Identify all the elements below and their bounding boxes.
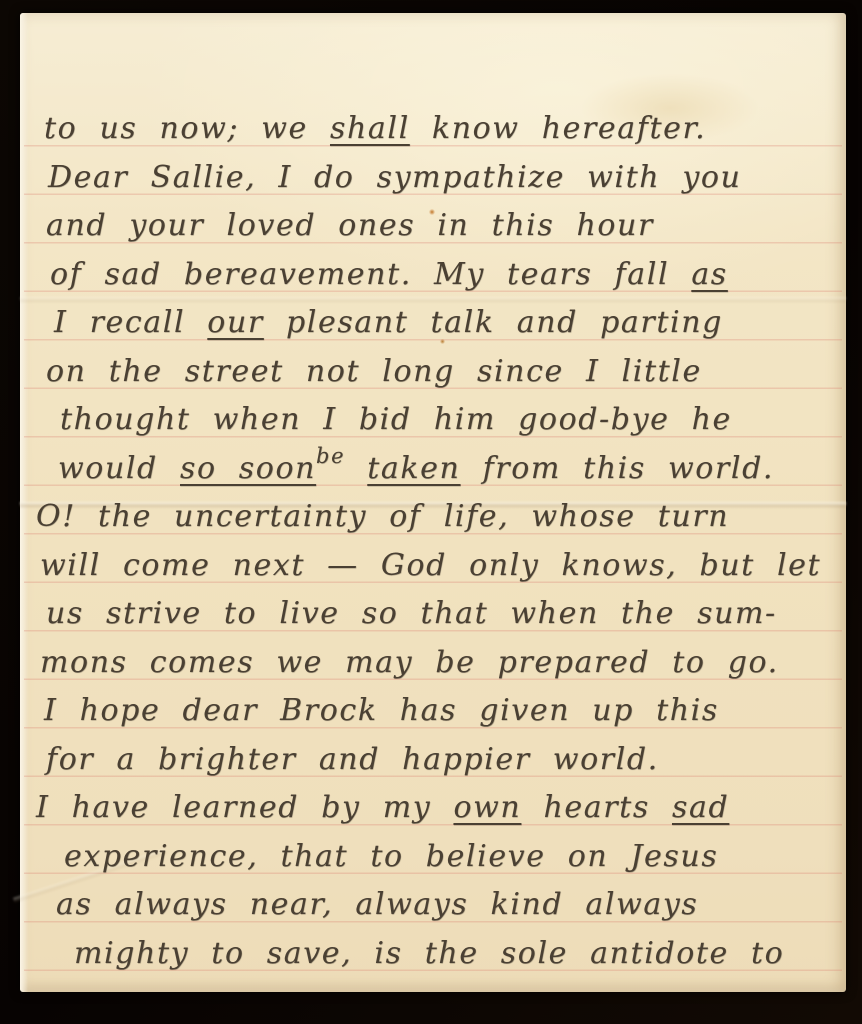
- letter-line: as always near, always kind always: [30, 881, 838, 930]
- letter-line: will come next — God only knows, but let: [30, 542, 838, 591]
- letter-line: thought when I bid him good-bye he: [30, 396, 838, 445]
- underlined-word: sad: [672, 790, 729, 825]
- letter-line: mighty to save, is the sole antidote to: [30, 930, 838, 979]
- text-segment: [345, 451, 367, 486]
- text-segment: I hope dear Brock has given up this: [44, 693, 719, 728]
- letter-line: to us now; we shall know hereafter.: [30, 105, 838, 154]
- text-segment: I recall: [54, 305, 207, 340]
- letter-page: to us now; we shall know hereafter. Dear…: [20, 13, 846, 992]
- text-segment: know hereafter.: [410, 111, 706, 146]
- text-segment: of sad bereavement. My tears fall: [50, 257, 691, 292]
- letter-line: I hope dear Brock has given up this: [30, 687, 838, 736]
- text-segment: us strive to live so that when the sum-: [46, 596, 777, 631]
- text-segment: Dear Sallie, I do sympathize with you: [48, 160, 741, 195]
- underlined-word: so soon: [180, 451, 316, 486]
- text-segment: plesant talk and parting: [264, 305, 723, 340]
- text-segment: on the street not long since I little: [46, 354, 702, 389]
- text-segment: and your loved ones in this hour: [46, 208, 654, 243]
- text-segment: to us now; we: [44, 111, 330, 146]
- text-segment: thought when I bid him good-bye he: [60, 402, 732, 437]
- letter-line: experience, that to believe on Jesus: [30, 833, 838, 882]
- letter-line: Dear Sallie, I do sympathize with you: [30, 154, 838, 203]
- letter-line: of sad bereavement. My tears fall as: [30, 251, 838, 300]
- text-segment: will come next — God only knows, but let: [40, 548, 821, 583]
- text-segment: mons comes we may be prepared to go.: [40, 645, 779, 680]
- text-segment: for a brighter and happier world.: [46, 742, 659, 777]
- scan-background: to us now; we shall know hereafter. Dear…: [0, 0, 862, 1024]
- underlined-word: shall: [330, 111, 410, 146]
- letter-line: and your loved ones in this hour: [30, 202, 838, 251]
- underlined-word: our: [207, 305, 264, 340]
- text-segment: would: [58, 451, 180, 486]
- text-segment: from this world.: [460, 451, 774, 486]
- text-segment: experience, that to believe on Jesus: [64, 839, 718, 874]
- letter-line: us strive to live so that when the sum-: [30, 590, 838, 639]
- letter-line: for a brighter and happier world.: [30, 736, 838, 785]
- letter-body: to us now; we shall know hereafter. Dear…: [30, 105, 838, 978]
- letter-line: I have learned by my own hearts sad: [30, 784, 838, 833]
- text-segment: O! the uncertainty of life, whose turn: [36, 499, 729, 534]
- letter-line: would so soonbe taken from this world.: [30, 445, 838, 494]
- underlined-word: own: [453, 790, 521, 825]
- underlined-word: taken: [367, 451, 460, 486]
- letter-line: I recall our plesant talk and parting: [30, 299, 838, 348]
- text-segment: as always near, always kind always: [56, 887, 698, 922]
- letter-line: O! the uncertainty of life, whose turn: [30, 493, 838, 542]
- letter-line: on the street not long since I little: [30, 348, 838, 397]
- text-segment: I have learned by my: [36, 790, 453, 825]
- underlined-word: as: [691, 257, 727, 292]
- text-segment: hearts: [521, 790, 672, 825]
- letter-line: mons comes we may be prepared to go.: [30, 639, 838, 688]
- text-segment: mighty to save, is the sole antidote to: [74, 936, 784, 971]
